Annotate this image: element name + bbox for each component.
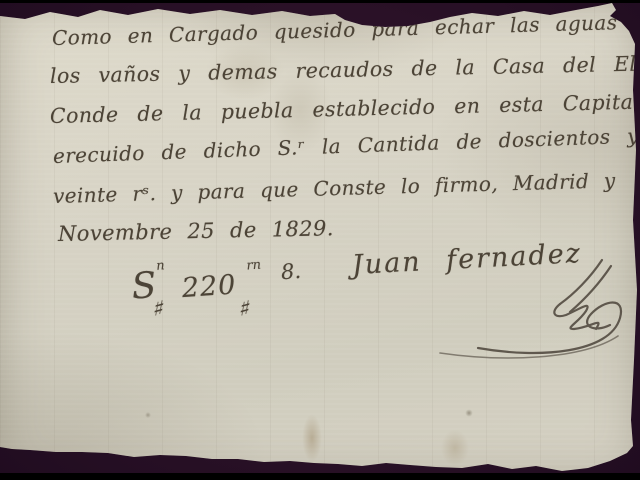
amount-notation: S n ♯ 220 rn ♯ 8.	[130, 251, 326, 354]
amount-value: 220	[181, 269, 238, 304]
manuscript-line-5: veinte rˢ. y para que Conste lo firmo, M…	[53, 168, 616, 208]
top-frame-strip	[0, 0, 640, 3]
reales-strike-mark-right: ♯	[237, 296, 252, 322]
manuscript-line-3: Conde de la puebla establecido en esta C…	[50, 90, 640, 128]
manuscript-line-4: erecuido de dicho S.ʳ la Cantida de dosc…	[53, 124, 640, 168]
scanned-manuscript-photo: Como en Cargado quesido para echar las a…	[0, 0, 640, 480]
amount-prefix-superscript: n	[156, 258, 165, 274]
manuscript-line-2: los vaños y demas recaudos de la Casa de…	[50, 51, 640, 88]
manuscript-paper: Como en Cargado quesido para echar las a…	[0, 0, 640, 480]
amount-value-superscript: rn	[246, 258, 262, 274]
manuscript-date-line: Novembre 25 de 1829.	[58, 216, 334, 246]
amount-suffix: 8.	[280, 259, 302, 284]
signature-rubric-flourish	[378, 256, 638, 366]
bottom-frame-strip	[0, 473, 640, 480]
